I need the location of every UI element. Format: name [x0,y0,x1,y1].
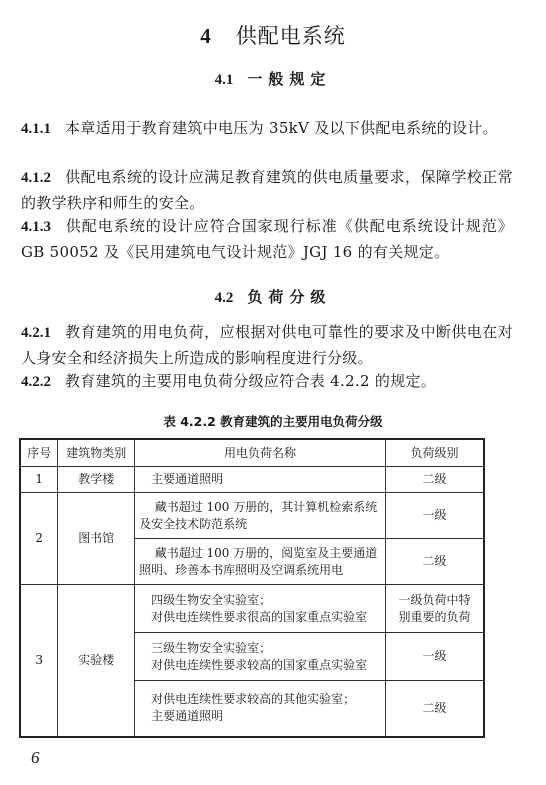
clause-4-1-3: 4.1.3供配电系统的设计应符合国家现行标准《供配电系统设计规范》GB 5005… [21,214,513,264]
row-level: 二级 [385,681,484,737]
table-row: 2 图书馆 藏书超过 100 万册的，其计算机检索系统及安全技术防范系统 一级 [20,493,484,539]
row-level: 二级 [385,467,484,493]
section-title-4-2: 4.2负荷分级 [0,286,546,307]
row-category: 图书馆 [58,493,135,585]
row-index: 3 [20,585,58,737]
row-load: 四级生物安全实验室； 对供电连续性要求很高的国家重点实验室 [135,585,386,633]
clause-text: 供配电系统的设计应满足教育建筑的供电质量要求，保障学校正常的教学秩序和师生的安全… [21,168,513,212]
clause-4-1-1: 4.1.1本章适用于教育建筑中电压为 35kV 及以下供配电系统的设计。 [21,116,513,142]
header-index: 序号 [20,439,58,467]
table-row: 3 实验楼 四级生物安全实验室； 对供电连续性要求很高的国家重点实验室 一级负荷… [20,585,484,633]
chapter-title-text: 供配电系统 [236,24,346,48]
row-load: 三级生物安全实验室； 对供电连续性要求较高的国家重点实验室 [135,633,386,681]
clause-text: 教育建筑的主要用电负荷分级应符合表 4.2.2 的规定。 [65,372,436,390]
header-category: 建筑物类别 [58,439,135,467]
clause-4-2-2: 4.2.2教育建筑的主要用电负荷分级应符合表 4.2.2 的规定。 [21,369,513,395]
clause-4-1-2: 4.1.2供配电系统的设计应满足教育建筑的供电质量要求，保障学校正常的教学秩序和… [21,165,513,215]
load-classification-table: 序号 建筑物类别 用电负荷名称 负荷级别 1 教学楼 主要通道照明 二级 2 图… [19,438,485,738]
section-title-4-1: 4.1一般规定 [0,68,546,89]
clause-number: 4.1.1 [21,121,51,137]
clause-4-2-1: 4.2.1教育建筑的用电负荷，应根据对供电可靠性的要求及中断供电在对人身安全和经… [21,320,513,370]
row-load: 藏书超过 100 万册的，阅览室及主要通道照明、珍善本书库照明及空调系统用电 [135,539,386,585]
row-category: 实验楼 [58,585,135,737]
clause-number: 4.2.1 [21,325,51,341]
chapter-number: 4 [200,24,212,48]
clause-text: 本章适用于教育建筑中电压为 35kV 及以下供配电系统的设计。 [65,119,498,137]
row-level: 一级负荷中特 别重要的负荷 [385,585,484,633]
row-level: 一级 [385,633,484,681]
row-index: 2 [20,493,58,585]
clause-text: 教育建筑的用电负荷，应根据对供电可靠性的要求及中断供电在对人身安全和经济损失上所… [21,323,513,367]
clause-number: 4.1.2 [21,170,51,186]
row-load: 主要通道照明 [135,467,386,493]
row-load: 对供电连续性要求较高的其他实验室； 主要通道照明 [135,681,386,737]
row-load: 藏书超过 100 万册的，其计算机检索系统及安全技术防范系统 [135,493,386,539]
row-level: 一级 [385,493,484,539]
row-category: 教学楼 [58,467,135,493]
header-load-name: 用电负荷名称 [135,439,386,467]
row-level: 二级 [385,539,484,585]
header-load-level: 负荷级别 [385,439,484,467]
table-caption: 表 4.2.2 教育建筑的主要用电负荷分级 [0,412,546,430]
clause-number: 4.2.2 [21,374,51,390]
row-index: 1 [20,467,58,493]
chapter-title: 4供配电系统 [0,20,546,50]
page-number: 6 [31,748,40,768]
table-header-row: 序号 建筑物类别 用电负荷名称 负荷级别 [20,439,484,467]
clause-number: 4.1.3 [21,219,51,235]
clause-text: 供配电系统的设计应符合国家现行标准《供配电系统设计规范》GB 50052 及《民… [21,217,513,261]
table-row: 1 教学楼 主要通道照明 二级 [20,467,484,493]
